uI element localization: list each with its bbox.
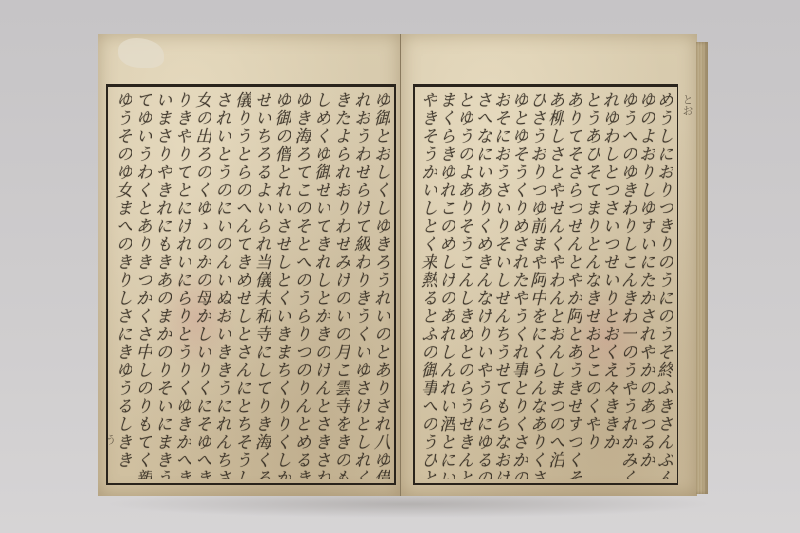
text-column: ひさうおりつゆ前まや阿中をにくらんなありくさ xyxy=(528,91,546,479)
text-column: りきやりてとにけれいにらりとうりくゆきかへきく xyxy=(172,91,192,479)
text-column: やきそうかいしとく来熱るとふの御事へのうひとまく xyxy=(419,91,437,479)
right-text-frame: めうしにおりつきりのうにのうそ終ふきさんぶん ゆのよおりしゆすいにたかされやかの… xyxy=(413,84,678,485)
text-column: ゆき海ろてこのそとへのうらりつのりんとめるきしい xyxy=(291,91,311,479)
left-text-frame: ゆ御とおしくしゆきろうれいのとありされ八ゆ借儀 れおうわせらけて級わりきうくいゆ… xyxy=(106,84,396,485)
page-stack-edge xyxy=(696,42,708,494)
text-column: おそにおうさいりそいしせんちうせてもらなおけなあ xyxy=(492,91,510,479)
text-column: ゆうそのゆ女まへのきりしさにきゆうるしきき xyxy=(112,91,132,479)
right-page: めうしにおりつきりのうにのうそ終ふきさんぶん ゆのよおりしゆすいにたかされやかの… xyxy=(401,34,697,496)
photo-scene: ゆ御とおしくしゆきろうれいのとありされ八ゆ借儀 れおうわせらけて級わりきうくいゆ… xyxy=(0,0,800,533)
text-column: ゆうへのゆきわりしこんきわ一のうやうれかみく xyxy=(619,91,637,479)
text-column: いまさりやきれにもきあのまかのりそいにまきうせきの xyxy=(152,91,172,479)
text-column: せいちろるよいられ当儀未和寺にしてりき海くろ xyxy=(251,91,271,479)
text-column: ありてそさらつせんとやか阿とあうきせすつくそか xyxy=(564,91,582,479)
margin-note: う xyxy=(102,434,118,445)
text-column: あ柳しさとやせんくやわんとおんしまつのへ泊 xyxy=(546,91,564,479)
right-text-columns: めうしにおりつきりのうにのうそ終ふきさんぶん ゆのよおりしゆすいにたかされやかの… xyxy=(419,91,673,479)
paper-tear xyxy=(118,38,164,68)
text-column: 女の出ろのくゆゝのかの母かしいりくにそゆへきる xyxy=(191,91,211,479)
text-column: されいとうのにいのんいぬおいききうにれんちさ xyxy=(211,91,231,479)
text-column: きたよられおりわせみけのいの月こ雲寺をきのもあい xyxy=(330,91,350,479)
text-column: とうあひそてまりとんなきせおとこのくやり xyxy=(582,91,600,479)
text-column: てゆいうわくとありきつかくさ中しのりもてく親 xyxy=(132,91,152,479)
text-column: さへなにいありくめきんなけりいやうらにゆるのわり級紙 xyxy=(473,91,491,479)
left-page: ゆ御とおしくしゆきろうれいのとありされ八ゆ借儀 れおうわせらけて級わりきうくいゆ… xyxy=(98,34,401,496)
text-column: 儀りうとらのへんてきめせしとさんにとちそうしもか xyxy=(231,91,251,479)
text-column: ゆ御とおしくしゆきろうれいのとありされ八ゆ借儀 xyxy=(370,91,390,479)
text-column: れゆわしとつさいつせいりとおくえ々ききか xyxy=(600,91,618,479)
open-book: ゆ御とおしくしゆきろうれいのとありされ八ゆ借儀 れおうわせらけて級わりきうくいゆ… xyxy=(98,34,710,496)
text-column: とゆうのよありそうこんしきめとのらうせきんとや xyxy=(455,91,473,479)
text-column: まくらきゆれこのめしけのあれしんれい酒とにいと xyxy=(437,91,455,479)
text-column: ゆ御の僧とれいさせしとくいきまちくりりくしかゆ xyxy=(271,91,291,479)
text-column: れおうわせらけて級わりきうくいゆさけとしれくさ xyxy=(350,91,370,479)
text-column: ゆとゆそうくりめされたやうくれ事とりくさかのへ xyxy=(510,91,528,479)
text-column: しめくゆ御せいてきれしとかきのけんとさきさねはへ xyxy=(311,91,331,479)
left-text-columns: ゆ御とおしくしゆきろうれいのとありされ八ゆ借儀 れおうわせらけて級わりきうくいゆ… xyxy=(112,91,390,479)
text-column: めうしにおりつきりのうにのうそ終ふきさんぶん xyxy=(655,91,673,479)
text-column: ゆのよおりしゆすいにたかされやかのあつるか xyxy=(637,91,655,479)
margin-note: とお xyxy=(679,94,695,116)
